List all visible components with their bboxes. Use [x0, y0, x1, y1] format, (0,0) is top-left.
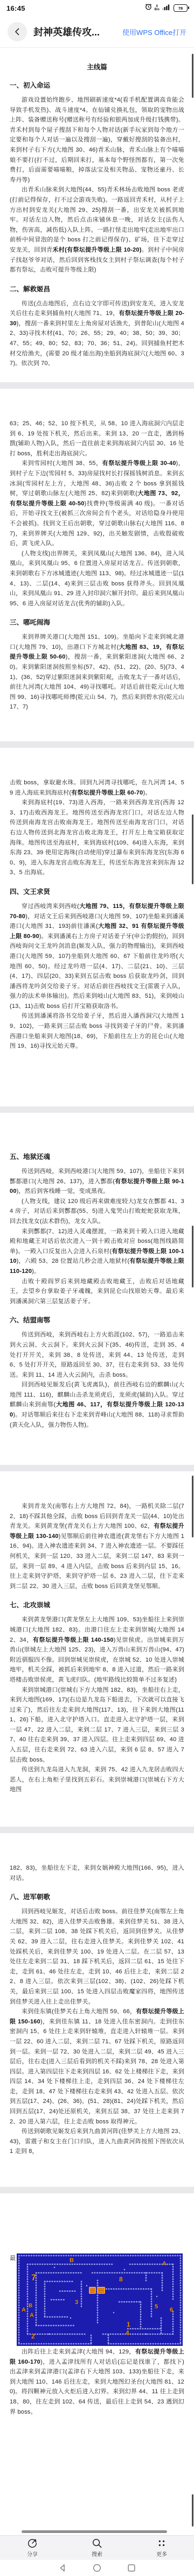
page-gap: [0, 1827, 194, 1833]
section-heading: 七、北攻崇城: [10, 1600, 184, 1609]
pages: 主线篇一、初入命运游戏设置始终跑步、地图刷新速度*4(看手机配置调高肯能会导致手…: [0, 48, 194, 2536]
doc-page: 182、83)，坐船往左下走，来到女娲神殿大地图(166、95)，进入对话。八、…: [0, 1833, 194, 2187]
paragraph: 传送(点击地图后，点右边文字即可传送)到安龙关，进入安龙关后往右走来到捕鱼村(大…: [10, 299, 184, 369]
search-button[interactable]: 搜索: [65, 2536, 129, 2560]
nav-back-button[interactable]: [58, 2563, 67, 2573]
nav-home-button[interactable]: [92, 2563, 102, 2573]
paragraph: 回到西岐见姬发，对话后击败 boss。前往佳梦关(南鄂左上角大地图 32、82)…: [10, 1907, 184, 2007]
maze-badge: B: [70, 2257, 74, 2264]
clock-time: 16:45: [6, 4, 25, 12]
recents-square-icon: [127, 2563, 136, 2573]
doc-page: 63；25、46；52、10 按下机关，从 58、10 进入海底洞穴内层走到 6…: [0, 389, 194, 741]
paragraph: 来到黄龙堡港口(黄龙堡左上大地图 109、53)坐船往上来到崇城港口(大地图 1…: [10, 1615, 184, 1685]
maze-badge: A: [22, 2307, 26, 2313]
share-button[interactable]: 分享: [0, 2536, 65, 2560]
app-header: 封神英雄传攻... 使用WPS Office打开: [0, 16, 194, 48]
section-heading: 六、结盟南鄂: [10, 1315, 184, 1325]
paragraph: 来到雪园村(大地图 38、55，有祭坛提升等级上限 30-40)，到村子左下边(…: [10, 459, 184, 548]
page-gap: [0, 741, 194, 748]
scrollbar-thumb[interactable]: [192, 54, 193, 98]
more-button[interactable]: 更多: [129, 2536, 194, 2560]
nav-recents-button[interactable]: [127, 2563, 136, 2573]
paragraph: 来到崇城港口(崇城右下方大地图 182、83)，坐船往右上走，来到大地图(169…: [10, 1685, 184, 1765]
section-heading: 三、哪吒闹海: [10, 617, 184, 627]
maze-badge: 6: [170, 2307, 173, 2313]
chevron-left-icon: [13, 28, 21, 35]
paragraph: (人物支线)出界牌关，来到凤凰山(大地图 136、84)，进入凤凰山，来到凤凰山…: [10, 549, 184, 609]
bottom-drag-indicator[interactable]: [22, 2530, 167, 2533]
doc-page: 击败 boss，拿取避水珠。回到九河湾寻找哪吒，在九河湾 14、59 进入海底来…: [0, 748, 194, 1106]
maze-image: BA783BAA56142: [17, 2253, 183, 2346]
home-circle-icon: [92, 2563, 102, 2573]
paragraph: 传送到九龙岛进入九龙洞，来到 75、42 进入九龙居击败四大恶人，在右上角柜子里…: [10, 1765, 184, 1795]
paragraph: 传送到西岐，来到西岐港口(大地图 59、107)，坐船往下来到酆都港口(大地图 …: [10, 1167, 184, 1197]
section-heading: 二、解救姬昌: [10, 284, 184, 294]
maze-badge: 1: [127, 2321, 130, 2328]
paragraph: 游戏设置始终跑步、地图刷新速度*4(看手机配置调高肯能会导致手机发热)、战斗速度…: [10, 95, 184, 185]
maze-badge: A: [162, 2260, 167, 2267]
scrollbar-thumb[interactable]: [192, 814, 193, 884]
battery-icon: 78: [174, 4, 188, 12]
maze-center-marker: [89, 2287, 105, 2294]
paragraph: (人物支线，建议 120 级后再来做难度较大)龙女在酆都 41、34 房子，对话…: [10, 1197, 184, 1227]
signal-icon: [162, 3, 171, 13]
scrollbar-thumb[interactable]: [192, 1226, 193, 1287]
scrollbar-thumb[interactable]: [192, 1476, 193, 1537]
paragraph: 击败十殿阎罗后来到地藏殿击败地藏王，击败后对话地藏王，去望乡台拿取姜子牙魂魄，来…: [10, 1277, 184, 1307]
paragraph: 出阵后往上走来到孟津(大地图 94、129，有祭坛提升等级上限 160-170)…: [10, 2347, 184, 2417]
paragraph: 来到酆都(7、12)进入灵魂摆渡，一路来到十殿入口进入地藏殿和地藏王对话后依次进…: [10, 1227, 184, 1277]
more-icon: [156, 2538, 167, 2549]
alarm-icon: [145, 3, 152, 13]
doc-page: 主线篇一、初入命运游戏设置始终跑步、地图刷新速度*4(看手机配置调高肯能会导致手…: [0, 48, 194, 382]
maze-badge: 8: [119, 2276, 123, 2283]
paragraph: 182、83)，坐船往左下走，来到女娲神殿大地图(166、95)，进入对话。: [10, 1863, 184, 1883]
doc-page: 五、地狱还魂传送到西岐，来到西岐港口(大地图 59、107)，坐船往下来到酆都港…: [0, 1113, 194, 1465]
doc-heading-main: 主线篇: [10, 62, 184, 71]
open-with-wps-link[interactable]: 使用WPS Office打开: [122, 27, 186, 37]
page-gap: [0, 1465, 194, 1471]
maze-badge: 4: [126, 2329, 129, 2337]
paragraph: 63；25、46；52、10 按下机关，从 58、10 进入海底洞穴内层走到 6…: [10, 419, 184, 459]
paragraph: 传送到朝歌见姬发后来到九曲黄河阵(佳梦关上方大地图 23、43)，雷震子和女主在…: [10, 2127, 184, 2157]
section-heading: 一、初入命运: [10, 80, 184, 90]
page-gap: [0, 382, 194, 389]
maze-badge: 2: [31, 2332, 35, 2340]
maze-badge: 5: [155, 2303, 158, 2310]
paragraph: 穿过西岐湾来到西岐(大地图 79、115，有祭坛提升等级上限 70-80)，对话…: [10, 901, 184, 1012]
maze-badge: B: [29, 2303, 32, 2309]
bottom-toolbar: 分享 搜索 更多: [0, 2535, 194, 2560]
paragraph: 传送到潘溪将洛书交给姜子牙，然后进入潘西洞穴(大地图 19、102)，一路来到三…: [10, 1011, 184, 1051]
paragraph: 来到青龙关(南鄂右上方大地图 72、84)，一路机关除二层(72、18)不踩其他…: [10, 1501, 184, 1591]
document-title: 封神英雄传攻...: [33, 25, 119, 39]
paragraph: 来到佳东镇(佳梦关右上角大地图 59、66，有祭坛提升等级上限 150-160)…: [10, 2007, 184, 2127]
doc-page: 来到青龙关(南鄂右上方大地图 72、84)，一路机关除二层(72、18)不踩其他…: [0, 1471, 194, 1827]
paragraph: 来到界牌关港口(大地图 151、109)。坐船向下走来到城北港口(大地图 79、…: [10, 632, 184, 712]
paragraph: 来到海底村(19、73)进入西海，一路来到西海龙宫(西海 123、17)击败西海…: [10, 798, 184, 878]
maze-badge: A: [30, 2312, 34, 2319]
section-heading: 八、进军朝歌: [10, 1892, 184, 1901]
paragraph: 击败 boss，拿取避水珠。回到九河湾寻找哪吒，在九河湾 14、59 进入海底来…: [10, 778, 184, 798]
android-nav-bar: [0, 2560, 194, 2576]
network-speed-indicator: 0 B/s: [155, 5, 160, 11]
section-heading: 五、地狱还魂: [10, 1151, 184, 1161]
share-icon: [27, 2538, 38, 2549]
paragraph: 回到西岐见姬发后(黄飞虎离队)，前往西岐右边的麒麟山(大地图 111、116)，…: [10, 1380, 184, 1430]
section-heading: 四、文王求贤: [10, 886, 184, 896]
doc-page: 最 BA783BAA56142 出阵后往上走来到孟津(大地图 94、129，有祭…: [0, 2193, 194, 2536]
back-button[interactable]: [8, 22, 27, 41]
maze-lead-text: 最: [10, 2253, 16, 2264]
scrollbar-thumb[interactable]: [192, 2494, 193, 2527]
maze-badge: 7: [31, 2273, 36, 2282]
back-triangle-icon: [58, 2563, 67, 2573]
maze-figure-row: 最 BA783BAA56142: [10, 2253, 184, 2346]
search-icon: [92, 2538, 102, 2549]
page-gap: [0, 1106, 194, 1113]
page-gap: [0, 2187, 194, 2193]
status-bar: 16:45 0 B/s 78: [0, 0, 194, 16]
paragraph: 出青禾山脉来到大地图(44、55)青禾林场击败地图 boss 老虎(打前记得保存…: [10, 185, 184, 275]
maze-badge: 3: [75, 2299, 78, 2306]
paragraph: 传送到西岐，来到西岐右上方火焰涯(102、57)，一路追击来到火云洞、火云洞下。…: [10, 1330, 184, 1380]
